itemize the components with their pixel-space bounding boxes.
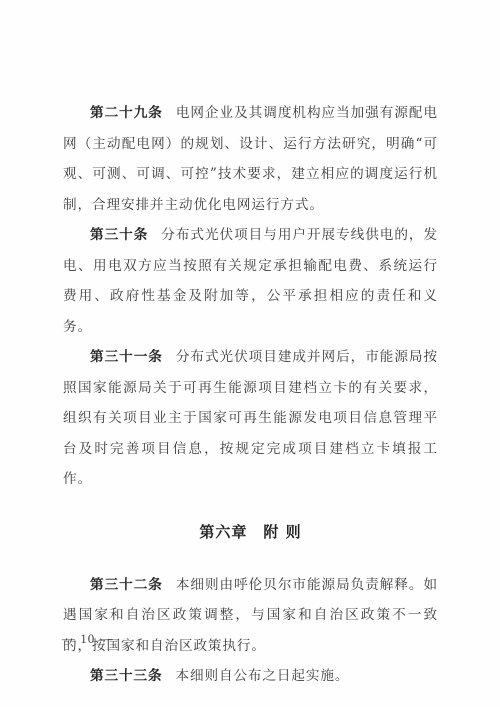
article-32: 第三十二条本细则由呼伦贝尔市能源局负责解释。如遇国家和自治区政策调整，与国家和自… xyxy=(63,570,438,662)
article-33: 第三十三条本细则自公布之日起实施。 xyxy=(63,661,438,692)
chapter-title: 附 则 xyxy=(263,523,301,541)
chapter-number: 第六章 xyxy=(199,523,247,541)
article-text: 本细则自公布之日起实施。 xyxy=(175,668,349,684)
article-text: 分布式光伏项目与用户开展专线供电的，发电、用电双方应当按照有关规定承担输配电费、… xyxy=(63,227,438,335)
article-label: 第三十二条 xyxy=(90,577,163,593)
page-number: — 10 — xyxy=(62,631,114,647)
article-31: 第三十一条分布式光伏项目建成并网后，市能源局按照国家能源局关于可再生能源项目建档… xyxy=(63,342,438,495)
article-text: 电网企业及其调度机构应当加强有源配电网（主动配电网）的规划、设计、运行方法研究，… xyxy=(63,105,438,213)
article-label: 第三十三条 xyxy=(90,668,162,684)
page-content: 第二十九条电网企业及其调度机构应当加强有源配电网（主动配电网）的规划、设计、运行… xyxy=(63,98,438,692)
article-30: 第三十条分布式光伏项目与用户开展专线供电的，发电、用电双方应当按照有关规定承担输… xyxy=(63,220,438,342)
chapter-heading: 第六章附 则 xyxy=(63,521,438,542)
article-29: 第二十九条电网企业及其调度机构应当加强有源配电网（主动配电网）的规划、设计、运行… xyxy=(63,98,438,220)
document-page: 第二十九条电网企业及其调度机构应当加强有源配电网（主动配电网）的规划、设计、运行… xyxy=(0,0,500,707)
article-label: 第三十一条 xyxy=(90,349,163,365)
article-label: 第三十条 xyxy=(90,227,148,243)
article-label: 第二十九条 xyxy=(90,105,163,121)
article-text: 分布式光伏项目建成并网后，市能源局按照国家能源局关于可再生能源项目建档立卡的有关… xyxy=(63,349,438,487)
